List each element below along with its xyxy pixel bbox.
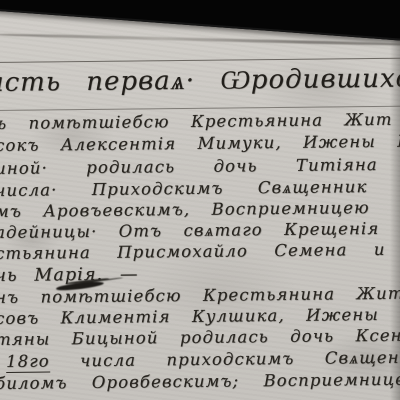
handwritten-line: совъ Климентія Кулшика, Ижены bbox=[0, 305, 379, 328]
handwritten-line: числа· Приходскимъ Свѧщенник bbox=[0, 177, 368, 201]
handwritten-line: чь Марія. — bbox=[0, 264, 139, 286]
handwritten-line: иной· родилась дочь Титіяна bbox=[0, 155, 378, 178]
underlined-date-number: 18го bbox=[6, 352, 50, 373]
scanned-manuscript-image: асть перваѧ· Ѡродившихся ъ помѣтшіебсю К… bbox=[0, 0, 400, 400]
handwritten-line: мъ Аровъевскимъ, Восприемницею bbox=[0, 198, 370, 221]
handwritten-line: 18го числа приходскимъ Свѧщенн bbox=[6, 348, 400, 372]
section-heading: асть перваѧ· Ѡродившихся bbox=[0, 63, 400, 98]
handwritten-line: адейницы· Отъ свѧтаго Крещенія bbox=[0, 219, 379, 243]
handwritten-line-text: числа приходскимъ Свѧщенн bbox=[50, 348, 400, 371]
